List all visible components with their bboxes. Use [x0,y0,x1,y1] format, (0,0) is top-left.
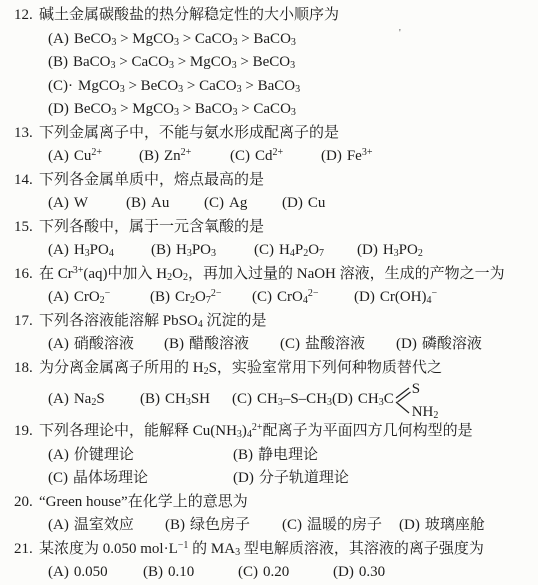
option-text: CH3SH [165,391,210,407]
question-number: 14. [14,169,39,193]
option-text: 0.10 [168,564,194,580]
option-label: (A) [48,391,69,407]
option-text: CH3–S–CH3 [257,391,332,407]
bond-lines-icon [395,381,411,419]
question-number: 21. [14,538,39,562]
option-text: BaCO3 > CaCO3 > MgCO3 > BeCO3 [73,54,295,70]
option-a: (A)CrO2− [48,286,150,310]
question-line: 17.下列各溶液能溶解 PbSO4 沉淀的是 [14,310,538,334]
option-text: W [74,195,88,211]
option-b: (B)静电理论 [233,444,418,468]
option-text: 0.30 [359,564,385,580]
question-line: 21.某浓度为 0.050 mol·L−1 的 MA3 型电解质溶液，其溶液的离… [14,538,538,562]
structure-sulfur-atom: S [412,382,439,396]
question-stem: 下列各金属单质中，熔点最高的是 [39,172,264,188]
option-text: 分子轨道理论 [259,470,349,486]
option-a: (A)价键理论 [48,444,233,468]
option-label: (D) [354,289,375,305]
option-text: 温暖的房子 [307,517,382,533]
option-text: Fe3+ [347,148,373,164]
question-line: 14.下列各金属单质中，熔点最高的是 [14,169,538,193]
option-text: CrO42− [277,289,318,305]
option-c: (C)盐酸溶液 [280,333,396,357]
exam-page: ' 12.碱土金属碳酸盐的热分解稳定性的大小顺序为 (A)BeCO3 > MgC… [0,0,538,585]
option-text: Au [151,195,169,211]
option-d: (D)磷酸溶液 [396,333,512,357]
option-label: (A) [48,336,69,352]
option-b: (B)H3PO3 [151,239,254,263]
option-d: (D)BeCO3 > MgCO3 > BaCO3 > CaCO3 [48,98,538,122]
option-text: 静电理论 [258,447,318,463]
options-row: (A)硝酸溶液(B)醋酸溶液(C)盐酸溶液(D)磷酸溶液 [48,333,538,357]
options-row: (A)Cu2+(B)Zn2+(C)Cd2+(D)Fe3+ [48,145,538,169]
options-list: (A)BeCO3 > MgCO3 > CaCO3 > BaCO3(B)BaCO3… [48,28,538,122]
option-text: 温室效应 [74,517,134,533]
option-text: BeCO3 > MgCO3 > CaCO3 > BaCO3 [74,31,296,47]
option-label: (B) [140,391,160,407]
option-c: (C)CH3–S–CH3 [232,388,332,412]
option-label: (C) [254,242,274,258]
option-b: (B)BaCO3 > CaCO3 > MgCO3 > BeCO3 [48,51,538,75]
option-label: (A) [48,289,69,305]
option-d: (D)Cu [282,192,360,216]
structure-branches: SNH2 [412,382,439,419]
question-13: 13.下列金属离子中，不能与氨水形成配离子的是 (A)Cu2+(B)Zn2+(C… [14,122,538,169]
option-label: (B) [139,148,159,164]
options-row: (A)温室效应(B)绿色房子(C)温暖的房子(D)玻璃座舱 [48,514,538,538]
option-b: (B)0.10 [143,561,238,585]
option-label: (C)· [48,78,73,94]
option-label: (D) [357,242,378,258]
option-text: H3PO4 [74,242,114,258]
option-c: (C)CrO42− [252,286,354,310]
option-label: (D) [48,101,69,117]
option-label: (C) [48,470,68,486]
option-label: (A) [48,242,69,258]
question-stem: 下列各理论中，能解释 Cu(NH3)42+配离子为平面四方几何构型的是 [39,423,473,439]
option-a: (A)H3PO4 [48,239,151,263]
option-c: (C)Ag [204,192,282,216]
options-row: (A)0.050(B)0.10(C)0.20(D)0.30 [48,561,538,585]
option-b: (B)Zn2+ [139,145,230,169]
option-label: (B) [150,289,170,305]
option-text: H3PO3 [176,242,216,258]
question-line: 18.为分离金属离子所用的 H2S，实验室常用下列何种物质替代之 [14,357,538,381]
option-text: H4P2O7 [279,242,324,258]
option-d: (D)0.30 [333,561,428,585]
option-label: (C) [204,195,224,211]
option-text: Zn2+ [164,148,191,164]
option-label: (D) [332,391,353,407]
question-stem: 下列各溶液能溶解 PbSO4 沉淀的是 [39,313,267,329]
options-row: (A)Na2S(B)CH3SH(C)CH3–S–CH3(D)CH3CSNH2 [48,380,538,420]
question-number: 17. [14,310,39,334]
thioacetamide-structure: CH3CSNH2 [358,381,439,419]
option-text: Cu2+ [74,148,102,164]
option-text: 0.20 [263,564,289,580]
structure-amine-group: NH2 [412,405,439,419]
option-label: (B) [165,517,185,533]
question-number: 15. [14,216,39,240]
option-text: 硝酸溶液 [74,336,134,352]
options-row: (A)H3PO4(B)H3PO3(C)H4P2O7(D)H3PO2 [48,239,538,263]
question-stem: 下列金属离子中，不能与氨水形成配离子的是 [39,125,339,141]
option-a: (A)Cu2+ [48,145,139,169]
option-d: (D)分子轨道理论 [233,467,418,491]
option-b: (B)CH3SH [140,388,232,412]
question-14: 14.下列各金属单质中，熔点最高的是 (A)W(B)Au(C)Ag(D)Cu [14,169,538,216]
option-label: (A) [48,517,69,533]
option-label: (C) [230,148,250,164]
question-stem: 碱土金属碳酸盐的热分解稳定性的大小顺序为 [39,7,339,23]
option-label: (B) [164,336,184,352]
option-a: (A)BeCO3 > MgCO3 > CaCO3 > BaCO3 [48,28,538,52]
option-text: BeCO3 > MgCO3 > BaCO3 > CaCO3 [74,101,296,117]
question-number: 20. [14,491,39,515]
question-number: 18. [14,357,39,381]
option-c: (C)·MgCO3 > BeCO3 > CaCO3 > BaCO3 [48,75,538,99]
option-a: (A)Na2S [48,388,140,412]
option-a: (A)0.050 [48,561,143,585]
question-16: 16.在 Cr3+(aq)中加入 H2O2，再加入过量的 NaOH 溶液，生成的… [14,263,538,310]
question-stem: 下列各酸中，属于一元含氧酸的是 [39,219,264,235]
option-label: (B) [151,242,171,258]
question-line: 13.下列金属离子中，不能与氨水形成配离子的是 [14,122,538,146]
option-text: 绿色房子 [190,517,250,533]
option-label: (B) [143,564,163,580]
option-b: (B)Au [126,192,204,216]
question-number: 13. [14,122,39,146]
option-label: (C) [252,289,272,305]
option-d: (D)H3PO2 [357,239,460,263]
option-b: (B)醋酸溶液 [164,333,280,357]
option-label: (B) [48,54,68,70]
question-stem: 为分离金属离子所用的 H2S，实验室常用下列何种物质替代之 [39,360,442,376]
option-label: (A) [48,148,69,164]
option-text: 价键理论 [74,447,134,463]
question-line: 19.下列各理论中，能解释 Cu(NH3)42+配离子为平面四方几何构型的是 [14,420,538,444]
option-d: (D)CH3CSNH2 [332,381,438,419]
question-21: 21.某浓度为 0.050 mol·L−1 的 MA3 型电解质溶液，其溶液的离… [14,538,538,585]
option-label: (C) [280,336,300,352]
option-label: (A) [48,195,69,211]
question-15: 15.下列各酸中，属于一元含氧酸的是 (A)H3PO4(B)H3PO3(C)H4… [14,216,538,263]
option-label: (A) [48,31,69,47]
option-label: (D) [396,336,417,352]
option-a: (A)硝酸溶液 [48,333,164,357]
option-label: (B) [233,447,253,463]
option-c: (C)0.20 [238,561,333,585]
options-row: (A)W(B)Au(C)Ag(D)Cu [48,192,538,216]
option-label: (C) [238,564,258,580]
question-stem: “Green house”在化学上的意思为 [39,494,248,510]
question-line: 20.“Green house”在化学上的意思为 [14,491,538,515]
structure-base-group: CH3C [358,388,394,412]
option-label: (D) [399,517,420,533]
question-20: 20.“Green house”在化学上的意思为 (A)温室效应(B)绿色房子(… [14,491,538,538]
option-text: Cu [308,195,326,211]
option-c: (C)温暖的房子 [282,514,399,538]
option-text: 盐酸溶液 [305,336,365,352]
option-c: (C)晶体场理论 [48,467,233,491]
option-c: (C)H4P2O7 [254,239,357,263]
option-a: (A)温室效应 [48,514,165,538]
option-text: 醋酸溶液 [189,336,249,352]
option-text: Cr(OH)4− [380,289,437,305]
stray-mark: ' [399,22,401,46]
question-line: 12.碱土金属碳酸盐的热分解稳定性的大小顺序为 [14,4,538,28]
option-label: (D) [233,470,254,486]
option-b: (B)绿色房子 [165,514,282,538]
options-row: (A)CrO2−(B)Cr2O72−(C)CrO42−(D)Cr(OH)4− [48,286,538,310]
question-line: 16.在 Cr3+(aq)中加入 H2O2，再加入过量的 NaOH 溶液，生成的… [14,263,538,287]
option-d: (D)玻璃座舱 [399,514,516,538]
question-line: 15.下列各酸中，属于一元含氧酸的是 [14,216,538,240]
option-text: 0.050 [74,564,108,580]
question-stem: 在 Cr3+(aq)中加入 H2O2，再加入过量的 NaOH 溶液，生成的产物之… [39,266,505,282]
option-label: (D) [282,195,303,211]
option-text: 玻璃座舱 [425,517,485,533]
option-text: H3PO2 [383,242,423,258]
options-grid: (A)价键理论(B)静电理论(C)晶体场理论(D)分子轨道理论 [48,444,468,491]
option-text: 磷酸溶液 [422,336,482,352]
option-text: MgCO3 > BeCO3 > CaCO3 > BaCO3 [78,78,300,94]
question-number: 19. [14,420,39,444]
question-19: 19.下列各理论中，能解释 Cu(NH3)42+配离子为平面四方几何构型的是 (… [14,420,538,491]
option-text: CrO2− [74,289,110,305]
option-label: (D) [333,564,354,580]
option-text: Cd2+ [255,148,283,164]
option-text: Cr2O72− [175,289,221,305]
option-text: Na2S [74,391,105,407]
question-17: 17.下列各溶液能溶解 PbSO4 沉淀的是 (A)硝酸溶液(B)醋酸溶液(C)… [14,310,538,357]
option-label: (A) [48,447,69,463]
option-text: Ag [229,195,247,211]
option-label: (A) [48,564,69,580]
option-c: (C)Cd2+ [230,145,321,169]
option-label: (B) [126,195,146,211]
question-12: 12.碱土金属碳酸盐的热分解稳定性的大小顺序为 (A)BeCO3 > MgCO3… [14,4,538,122]
option-label: (C) [232,391,252,407]
option-text: 晶体场理论 [73,470,148,486]
option-d: (D)Fe3+ [321,145,412,169]
option-a: (A)W [48,192,126,216]
option-d: (D)Cr(OH)4− [354,286,456,310]
question-stem: 某浓度为 0.050 mol·L−1 的 MA3 型电解质溶液，其溶液的离子强度… [39,541,484,557]
question-18: 18.为分离金属离子所用的 H2S，实验室常用下列何种物质替代之 (A)Na2S… [14,357,538,421]
option-label: (C) [282,517,302,533]
question-number: 12. [14,4,39,28]
option-b: (B)Cr2O72− [150,286,252,310]
question-number: 16. [14,263,39,287]
option-label: (D) [321,148,342,164]
